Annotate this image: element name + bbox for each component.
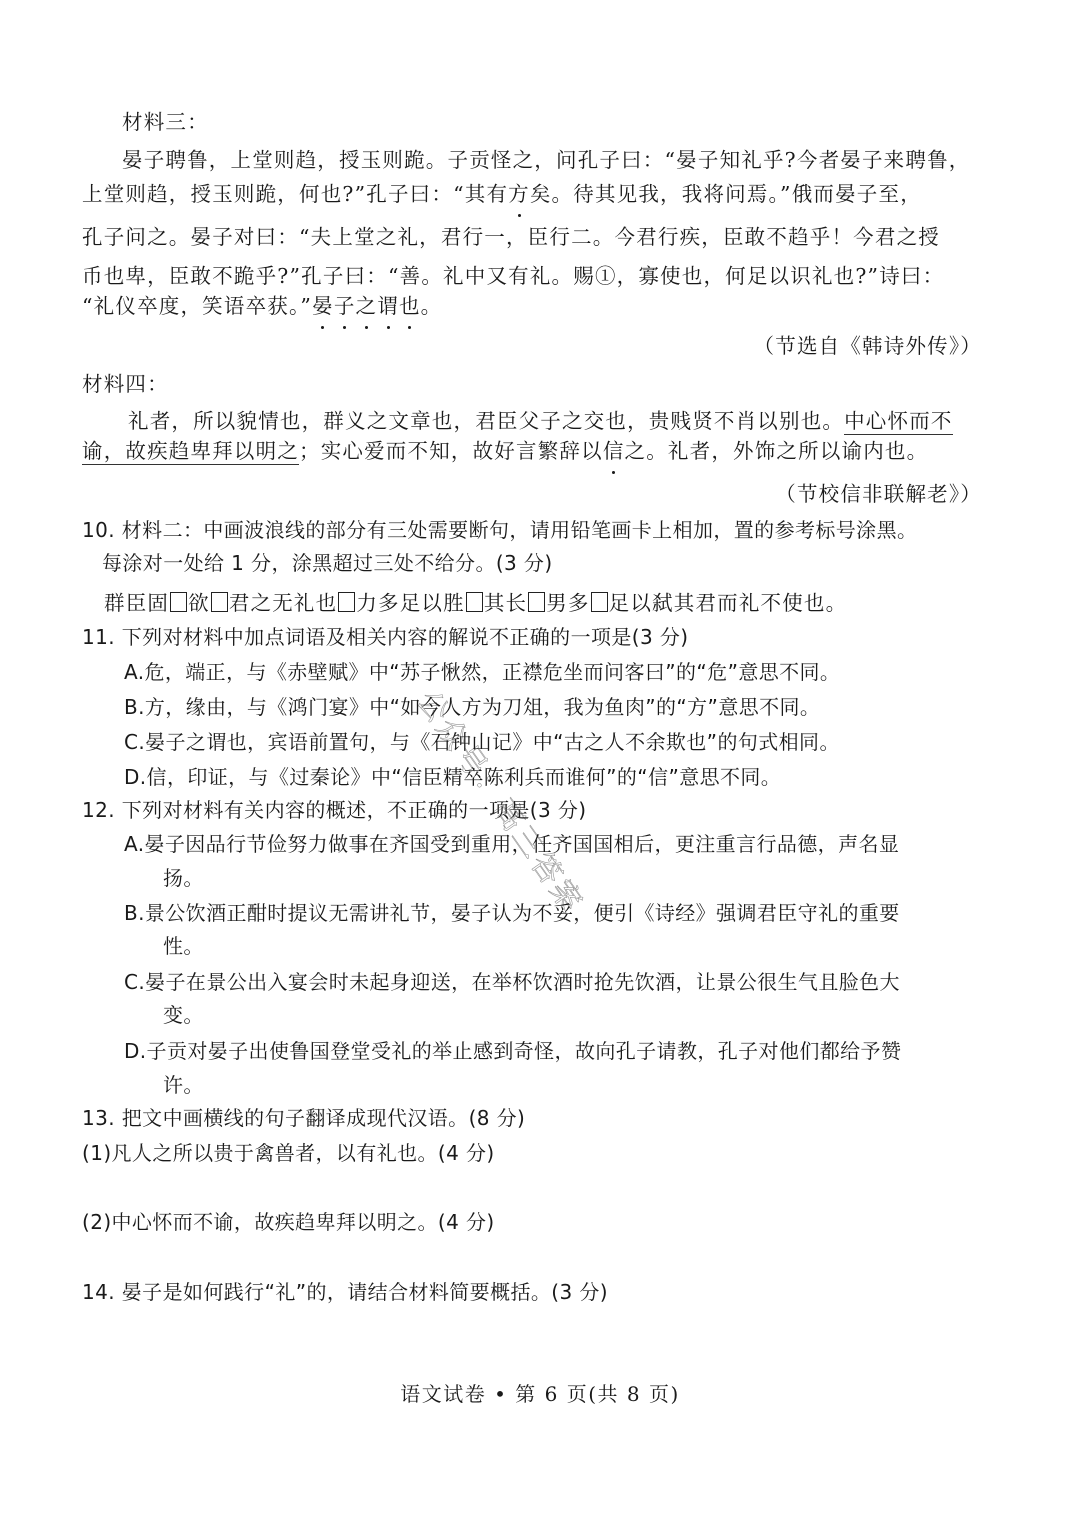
- q12-option-d-line1: D.子贡对晏子出使鲁国登堂受礼的举止感到奇怪，故向孔子请教，孔子对他们都给予赞: [124, 1037, 901, 1065]
- exam-page: 材料三： 晏子聘鲁，上堂则趋，授玉则跪。子贡怪之，问孔子曰：“晏子知礼乎?今者晏…: [0, 0, 1080, 1527]
- q14-stem: 14. 晏子是如何践行“礼”的，请结合材料简要概括。(3 分): [82, 1278, 608, 1306]
- q13-item-2: (2)中心怀而不谕，故疾趋卑拜以明之。(4 分): [82, 1208, 495, 1236]
- material3-line3: 孔子问之。晏子对曰：“夫上堂之礼，君行一，臣行二。今君行疾，臣敢不趋乎！今君之授: [82, 223, 940, 251]
- dotted-word-fang: 方: [508, 180, 530, 208]
- material3-line2: 上堂则趋，授玉则跪，何也?”孔子曰：“其有方矣。待其见我，我将问焉。”俄而晏子至…: [82, 180, 922, 208]
- text-segment: 矣。待其见我，我将问焉。”俄而晏子至，: [530, 182, 922, 206]
- material4-line2: 谕，故疾趋卑拜以明之；实心爱而不知，故好言繁辞以信之。礼者，外饰之所以谕内也。: [82, 437, 928, 465]
- q13-stem: 13. 把文中画横线的句子翻译成现代汉语。(8 分): [82, 1104, 525, 1132]
- q13-item-1: (1)凡人之所以贵于禽兽者，以有礼也。(4 分): [82, 1139, 495, 1167]
- text-segment: “礼仪卒度，笑语卒获。”: [82, 294, 312, 318]
- material3-heading: 材料三：: [122, 108, 209, 136]
- segment: 足以弑其君而礼不使也。: [609, 591, 848, 615]
- text-segment: 上堂则趋，授玉则跪，何也?”孔子曰：“其有: [82, 182, 508, 206]
- q12-option-c-line1: C.晏子在景公出入宴会时未起身迎送，在举杯饮酒时抢先饮酒，让景公很生气且脸色大: [124, 968, 900, 996]
- segment: 男多: [546, 591, 589, 615]
- text-segment: ；实心爱而不知，故好言繁辞以: [299, 439, 603, 463]
- material3-line5: “礼仪卒度，笑语卒获。”晏子之谓也。: [82, 292, 442, 320]
- break-box-1[interactable]: [170, 592, 187, 612]
- material4-line1: 礼者，所以貌情也，群义之文章也，君臣父子之交也，贵贱贤不肖以别也。中心怀而不: [128, 407, 953, 435]
- q10-stem-line2: 每涂对一处给 1 分，涂黑超过三处不给分。(3 分): [102, 549, 553, 577]
- text-segment: 之。礼者，外饰之所以谕内也。: [625, 439, 929, 463]
- break-box-3[interactable]: [338, 592, 355, 612]
- q12-option-b-line1: B.景公饮酒正酣时提议无需讲礼节，晏子认为不妥，便引《诗经》强调君臣守礼的重要: [124, 899, 900, 927]
- material3-line4: 币也卑，臣敢不跪乎?”孔子曰：“善。礼中又有礼。赐①，寡使也，何足以识礼也?”诗…: [82, 262, 944, 290]
- dotted-phrase-yanzi: 晏子之谓也: [312, 294, 421, 318]
- q12-option-a-line2: 扬。: [163, 864, 204, 892]
- underlined-sentence-part2: 谕，故疾趋卑拜以明之: [82, 439, 299, 465]
- q10-stem-line1: 10. 材料二：中画波浪线的部分有三处需要断句，请用铅笔画卡上相加，置的参考标号…: [82, 516, 917, 544]
- page-footer: 语文试卷 • 第 6 页(共 8 页): [0, 1378, 1080, 1407]
- material4-heading: 材料四：: [82, 370, 169, 398]
- dotted-word-xin: 信: [603, 437, 625, 465]
- q11-option-a: A.危，端正，与《赤壁赋》中“苏子愀然，正襟危坐而问客曰”的“危”意思不同。: [124, 658, 840, 686]
- segment: 群臣固: [104, 591, 169, 615]
- q10-segmented-sentence: 群臣固欲君之无礼也力多足以胜其长男多足以弑其君而礼不使也。: [104, 589, 847, 617]
- underlined-sentence-part1: 中心怀而不: [844, 409, 953, 435]
- q12-option-b-line2: 性。: [163, 932, 204, 960]
- segment: 力多足以胜: [356, 591, 465, 615]
- material3-line1: 晏子聘鲁，上堂则趋，授玉则跪。子贡怪之，问孔子曰：“晏子知礼乎?今者晏子来聘鲁，: [122, 146, 970, 174]
- break-box-2[interactable]: [211, 592, 228, 612]
- material3-source: （节选自《韩诗外传》）: [600, 332, 982, 360]
- break-box-5[interactable]: [528, 592, 545, 612]
- material4-source: （节校信非联解老》）: [600, 480, 982, 508]
- q11-option-b: B.方，缘由，与《鸿门宴》中“如今人方为刀俎，我为鱼肉”的“方”意思不同。: [124, 693, 820, 721]
- q11-stem: 11. 下列对材料中加点词语及相关内容的解说不正确的一项是(3 分): [82, 623, 688, 651]
- q12-option-d-line2: 许。: [163, 1071, 204, 1099]
- text-segment: 。: [421, 294, 443, 318]
- segment: 其长: [484, 591, 527, 615]
- break-box-6[interactable]: [591, 592, 608, 612]
- segment: 君之无礼也: [229, 591, 338, 615]
- break-box-4[interactable]: [466, 592, 483, 612]
- text-segment: 礼者，所以貌情也，群义之文章也，君臣父子之交也，贵贱贤不肖以别也。: [128, 409, 844, 433]
- segment: 欲: [188, 591, 210, 615]
- q12-option-c-line2: 变。: [163, 1001, 204, 1029]
